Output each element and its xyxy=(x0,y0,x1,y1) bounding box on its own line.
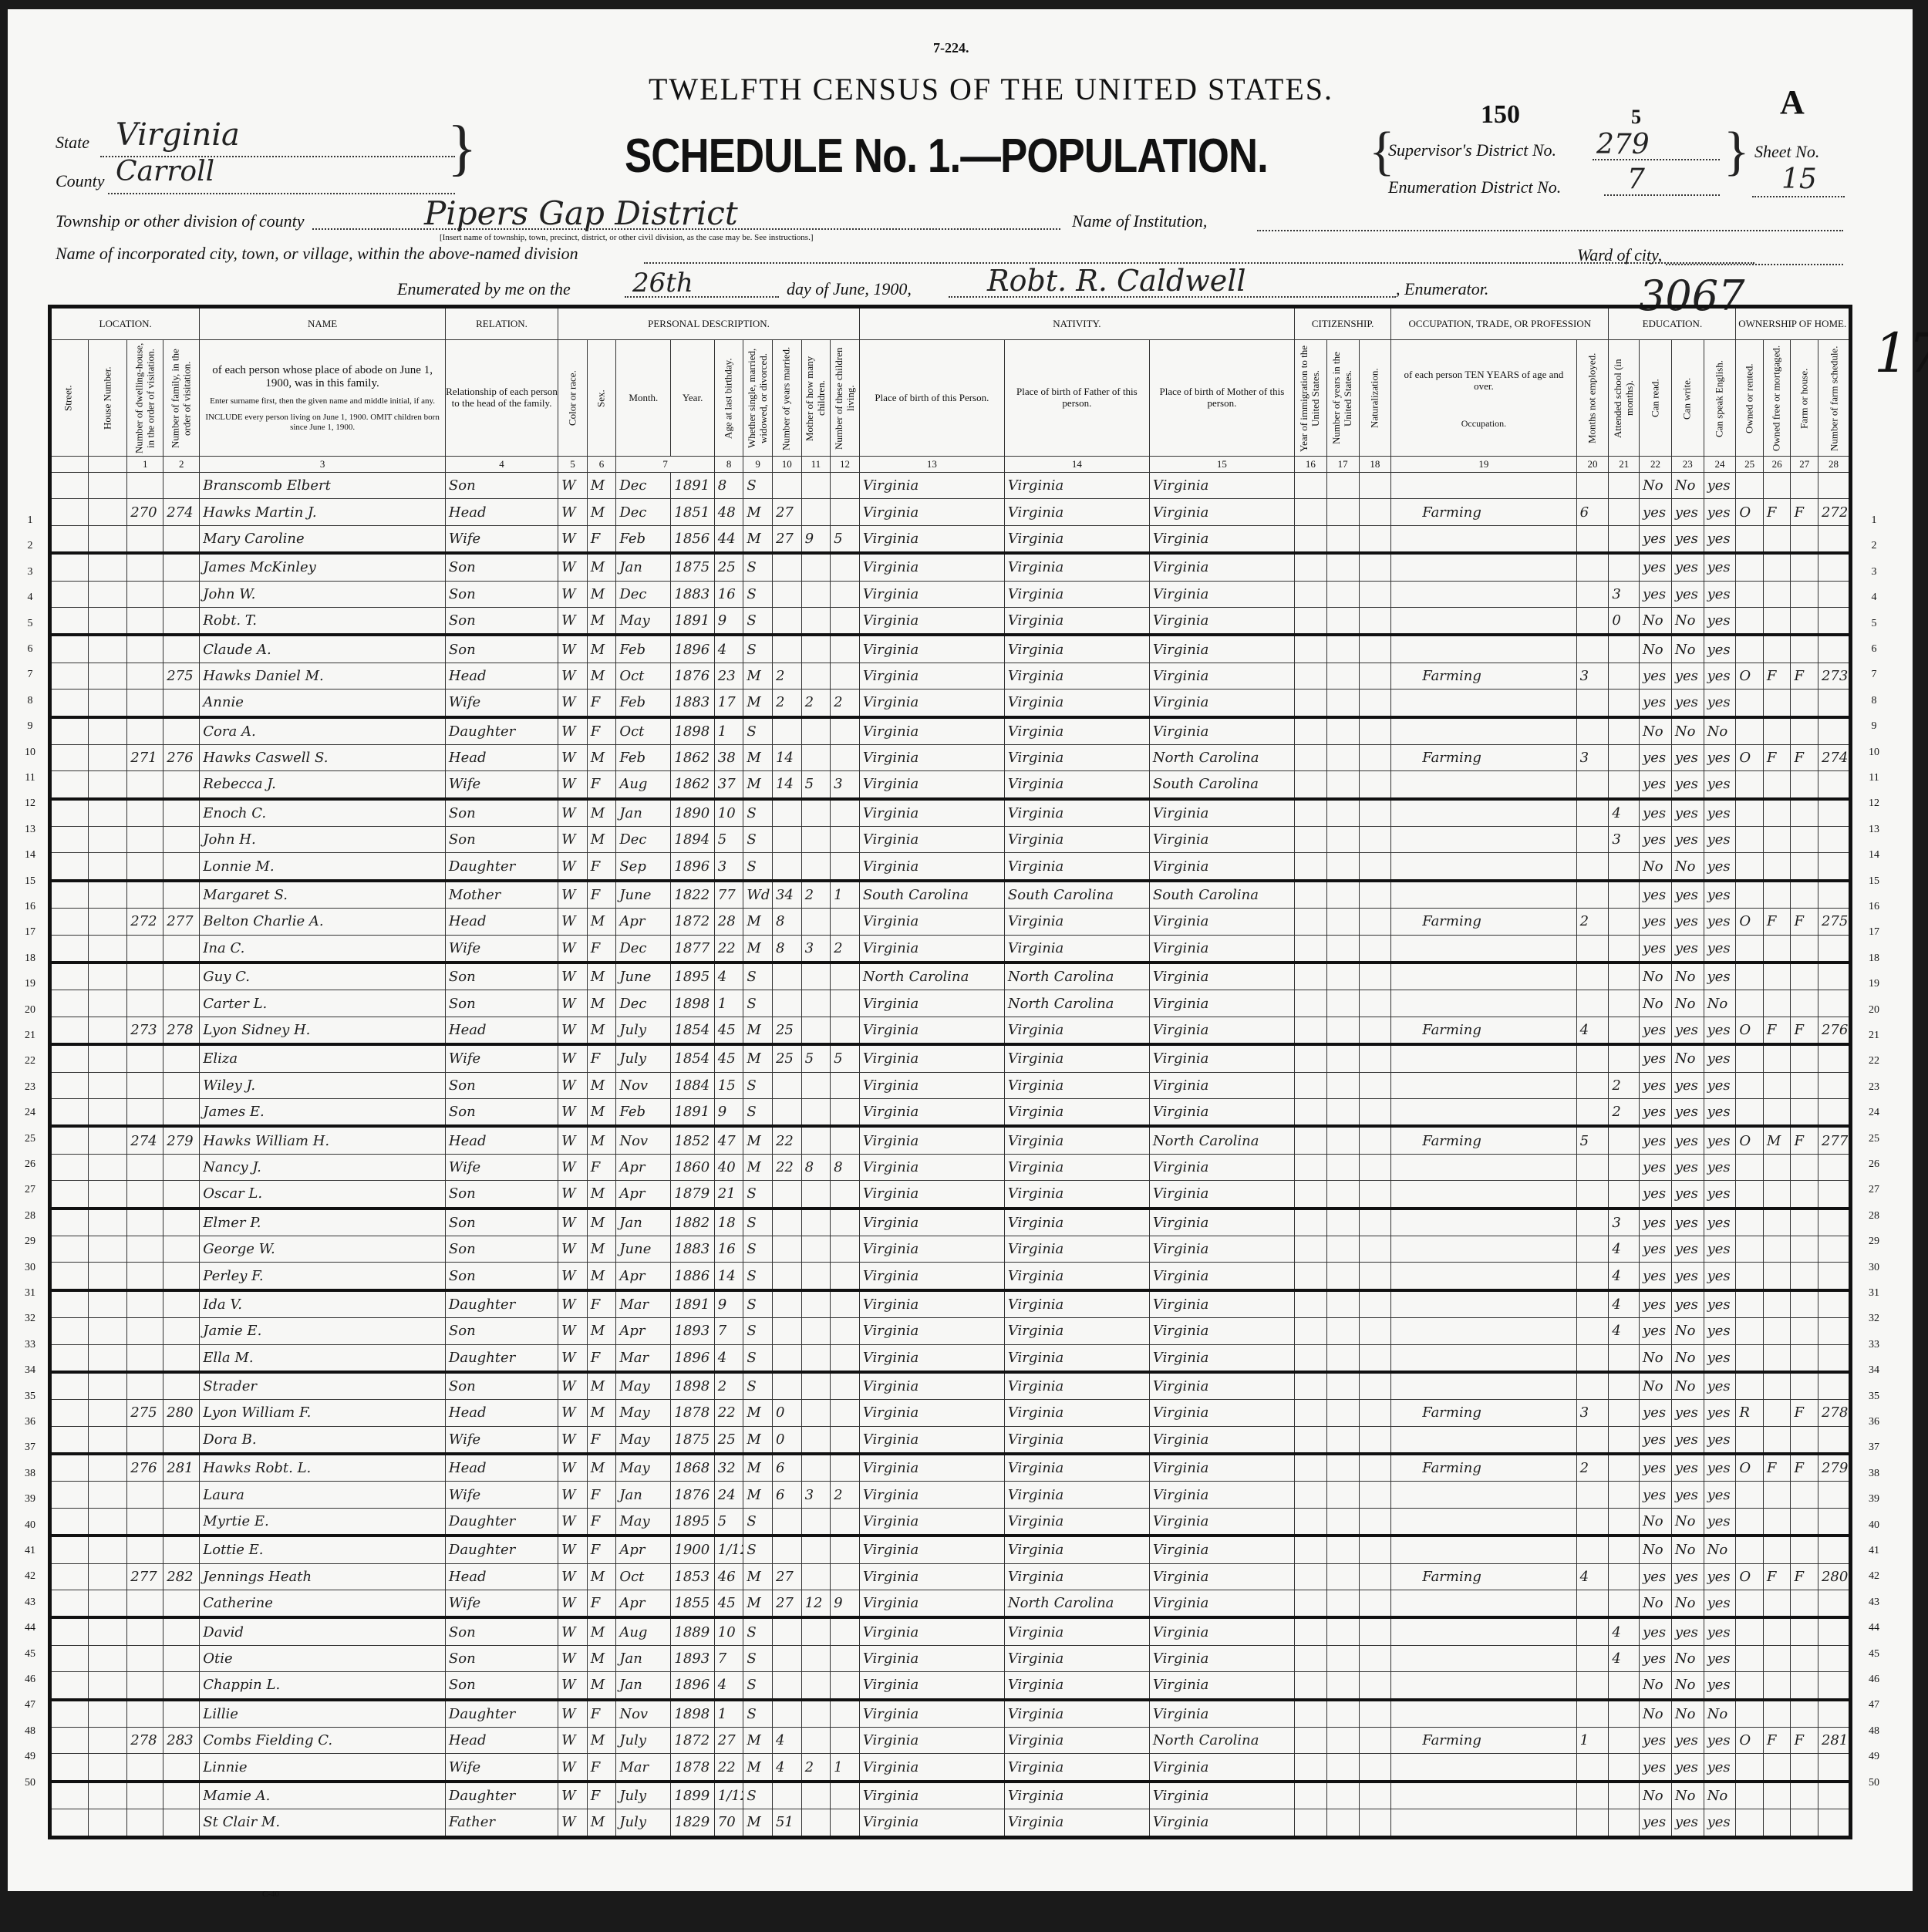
cell-mar: M xyxy=(743,1044,773,1072)
cell-pobm: Virginia xyxy=(1149,1454,1294,1482)
cell-age: 18 xyxy=(714,1209,743,1236)
cell-mar: S xyxy=(743,799,773,827)
cell-unemp xyxy=(1576,1508,1609,1536)
cell-pobm: Virginia xyxy=(1149,909,1294,935)
cell-st xyxy=(50,1098,89,1126)
cell-month: Mar xyxy=(616,1290,671,1318)
cell-liv xyxy=(831,963,860,990)
cell-st xyxy=(50,935,89,963)
cell-yus xyxy=(1326,1154,1359,1180)
cell-ym xyxy=(772,1290,801,1318)
cell-farm xyxy=(1791,827,1818,853)
cell-occ: Farming xyxy=(1391,1727,1576,1753)
cell-hn xyxy=(89,1126,127,1154)
column-number: 19 xyxy=(1391,457,1576,473)
cell-moth xyxy=(801,1263,831,1290)
cell-occ xyxy=(1391,1098,1576,1126)
cell-pobf: Virginia xyxy=(1004,1536,1149,1563)
cell-dw: 270 xyxy=(127,499,163,525)
cell-unemp: 6 xyxy=(1576,499,1609,525)
cell-name: Jamie E. xyxy=(200,1318,446,1344)
cell-nat xyxy=(1359,990,1391,1017)
cell-month: Apr xyxy=(616,1154,671,1180)
table-row: Chappin L.SonWMJan18964SVirginiaVirginia… xyxy=(50,1672,1851,1700)
cell-own xyxy=(1736,473,1764,499)
cell-pobm: Virginia xyxy=(1149,1482,1294,1508)
cell-free xyxy=(1763,1400,1791,1426)
cell-ym: 25 xyxy=(772,1044,801,1072)
cell-sex: F xyxy=(587,717,616,745)
cell-write: yes xyxy=(1671,1426,1704,1454)
cell-moth xyxy=(801,1563,831,1590)
cell-eng: No xyxy=(1704,717,1736,745)
table-row: Dora B.WifeWFMay187525M0VirginiaVirginia… xyxy=(50,1426,1851,1454)
cell-moth xyxy=(801,581,831,607)
cell-read: No xyxy=(1640,1590,1672,1618)
cell-occ xyxy=(1391,1209,1576,1236)
cell-own xyxy=(1736,1617,1764,1645)
cell-sched xyxy=(1818,1181,1850,1209)
cell-year: 1882 xyxy=(671,1209,714,1236)
cell-age: 1 xyxy=(714,990,743,1017)
cell-name: Wiley J. xyxy=(200,1072,446,1098)
cell-pobf: Virginia xyxy=(1004,1126,1149,1154)
cell-write: No xyxy=(1671,1372,1704,1400)
cell-farm xyxy=(1791,581,1818,607)
cell-year: 1875 xyxy=(671,553,714,581)
cell-free xyxy=(1763,1098,1791,1126)
cell-year: 1883 xyxy=(671,1236,714,1262)
cell-rel: Daughter xyxy=(445,1536,558,1563)
cell-unemp xyxy=(1576,1181,1609,1209)
cell-liv xyxy=(831,1563,860,1590)
cell-age: 45 xyxy=(714,1590,743,1618)
cell-write: yes xyxy=(1671,935,1704,963)
line-number-left: 46 xyxy=(19,1674,42,1686)
cell-unemp xyxy=(1576,1098,1609,1126)
cell-sch xyxy=(1609,690,1640,717)
cell-age: 77 xyxy=(714,881,743,909)
cell-sched xyxy=(1818,1617,1850,1645)
stamp-letter: A xyxy=(1780,83,1805,122)
cell-sched: 276 xyxy=(1818,1017,1850,1044)
cell-fam xyxy=(163,990,200,1017)
cell-name: Rebecca J. xyxy=(200,771,446,799)
cell-sex: F xyxy=(587,1044,616,1072)
line-number-left: 20 xyxy=(19,1004,42,1017)
line-number-left: 41 xyxy=(19,1545,42,1557)
line-number-right: 17 xyxy=(1859,926,1889,939)
cell-occ xyxy=(1391,963,1576,990)
cell-sched xyxy=(1818,1236,1850,1262)
cell-name: Mamie A. xyxy=(200,1782,446,1809)
cell-occ xyxy=(1391,1263,1576,1290)
cell-unemp xyxy=(1576,799,1609,827)
cell-sex: F xyxy=(587,1290,616,1318)
cell-yus xyxy=(1326,1400,1359,1426)
cell-dw xyxy=(127,990,163,1017)
cell-moth: 5 xyxy=(801,1044,831,1072)
cell-sch xyxy=(1609,717,1640,745)
cell-st xyxy=(50,1372,89,1400)
line-number-left: 8 xyxy=(19,695,42,707)
cell-pobm: Virginia xyxy=(1149,1590,1294,1618)
cell-occ xyxy=(1391,1318,1576,1344)
cell-year: 1855 xyxy=(671,1590,714,1618)
cell-nat xyxy=(1359,581,1391,607)
table-row: 278283Combs Fielding C.HeadWMJuly187227M… xyxy=(50,1727,1851,1753)
cell-st xyxy=(50,1236,89,1262)
cell-eng: yes xyxy=(1704,1400,1736,1426)
cell-dw xyxy=(127,963,163,990)
cell-sch xyxy=(1609,1482,1640,1508)
cell-pobm: Virginia xyxy=(1149,635,1294,663)
cell-dw xyxy=(127,1426,163,1454)
cell-mar: M xyxy=(743,744,773,770)
cell-pobm: Virginia xyxy=(1149,1400,1294,1426)
cell-sex: F xyxy=(587,1700,616,1728)
sheet-line xyxy=(1752,196,1845,197)
cell-name: Guy C. xyxy=(200,963,446,990)
cell-sex: F xyxy=(587,1426,616,1454)
cell-moth xyxy=(801,1236,831,1262)
cell-own xyxy=(1736,1372,1764,1400)
table-row: LauraWifeWFJan187624M632VirginiaVirginia… xyxy=(50,1482,1851,1508)
cell-eng: yes xyxy=(1704,1372,1736,1400)
cell-mar: S xyxy=(743,853,773,881)
cell-eng: yes xyxy=(1704,1563,1736,1590)
cell-write: yes xyxy=(1671,1126,1704,1154)
line-number-left: 7 xyxy=(19,669,42,681)
cell-fam xyxy=(163,607,200,635)
cell-liv xyxy=(831,473,860,499)
cell-write: No xyxy=(1671,1590,1704,1618)
cell-name: Jennings Heath xyxy=(200,1563,446,1590)
cell-yus xyxy=(1326,1044,1359,1072)
cell-liv xyxy=(831,1372,860,1400)
line-number-right: 44 xyxy=(1859,1622,1889,1634)
cell-ym xyxy=(772,1072,801,1098)
cell-month: Feb xyxy=(616,1098,671,1126)
cell-dw xyxy=(127,525,163,553)
cell-dw: 273 xyxy=(127,1017,163,1044)
cell-own: O xyxy=(1736,499,1764,525)
cell-dw xyxy=(127,771,163,799)
cell-year: 1878 xyxy=(671,1400,714,1426)
cell-pobm: Virginia xyxy=(1149,1181,1294,1209)
cell-dw xyxy=(127,1209,163,1236)
cell-month: Jan xyxy=(616,1672,671,1700)
cell-mar: M xyxy=(743,499,773,525)
cell-free xyxy=(1763,799,1791,827)
cell-unemp xyxy=(1576,935,1609,963)
cell-read: yes xyxy=(1640,1126,1672,1154)
cell-unemp xyxy=(1576,717,1609,745)
cell-st xyxy=(50,717,89,745)
cell-imm xyxy=(1294,1126,1326,1154)
cell-age: 5 xyxy=(714,1508,743,1536)
cell-imm xyxy=(1294,1400,1326,1426)
cell-fam: 277 xyxy=(163,909,200,935)
cell-write: yes xyxy=(1671,1617,1704,1645)
cell-age: 14 xyxy=(714,1263,743,1290)
cell-ym xyxy=(772,799,801,827)
cell-rel: Son xyxy=(445,1318,558,1344)
cell-farm xyxy=(1791,963,1818,990)
cell-imm xyxy=(1294,1536,1326,1563)
cell-nat xyxy=(1359,935,1391,963)
county-label: County xyxy=(56,171,105,191)
line-number-left: 34 xyxy=(19,1364,42,1377)
table-row: OtieSonWMJan18937SVirginiaVirginiaVirgin… xyxy=(50,1645,1851,1671)
cell-rel: Father xyxy=(445,1809,558,1837)
cell-color: W xyxy=(558,1727,588,1753)
cell-name: Lyon William F. xyxy=(200,1400,446,1426)
cell-name: Ida V. xyxy=(200,1290,446,1318)
col-months-unemployed: Months not employed. xyxy=(1576,340,1609,457)
cell-write: yes xyxy=(1671,1154,1704,1180)
cell-sch xyxy=(1609,771,1640,799)
cell-read: yes xyxy=(1640,1482,1672,1508)
cell-age: 17 xyxy=(714,690,743,717)
cell-mar: M xyxy=(743,525,773,553)
cell-sex: F xyxy=(587,690,616,717)
cell-liv xyxy=(831,1126,860,1154)
cell-moth xyxy=(801,663,831,689)
line-number-left: 43 xyxy=(19,1597,42,1609)
cell-moth xyxy=(801,717,831,745)
cell-pobm: Virginia xyxy=(1149,1044,1294,1072)
line-number-right: 27 xyxy=(1859,1184,1889,1196)
cell-liv xyxy=(831,1344,860,1372)
cell-month: June xyxy=(616,963,671,990)
cell-hn xyxy=(89,909,127,935)
cell-st xyxy=(50,1318,89,1344)
line-number-right: 18 xyxy=(1859,953,1889,965)
cell-farm: F xyxy=(1791,1126,1818,1154)
cell-st xyxy=(50,1590,89,1618)
cell-sex: M xyxy=(587,1809,616,1837)
cell-read: No xyxy=(1640,963,1672,990)
cell-write: No xyxy=(1671,1645,1704,1671)
cell-color: W xyxy=(558,1318,588,1344)
table-row: St Clair M.FatherWMJuly182970M51Virginia… xyxy=(50,1809,1851,1837)
cell-sched xyxy=(1818,635,1850,663)
cell-fam xyxy=(163,635,200,663)
cell-read: yes xyxy=(1640,1318,1672,1344)
cell-write: yes xyxy=(1671,1482,1704,1508)
cell-pob: Virginia xyxy=(859,635,1004,663)
cell-yus xyxy=(1326,499,1359,525)
group-nativity: NATIVITY. xyxy=(859,307,1294,340)
cell-write: yes xyxy=(1671,1209,1704,1236)
cell-name: Eliza xyxy=(200,1044,446,1072)
cell-imm xyxy=(1294,1098,1326,1126)
cell-occ xyxy=(1391,1236,1576,1262)
cell-nat xyxy=(1359,1072,1391,1098)
table-row: Lonnie M.DaughterWFSep18963SVirginiaVirg… xyxy=(50,853,1851,881)
cell-pobm: Virginia xyxy=(1149,963,1294,990)
cell-liv xyxy=(831,1318,860,1344)
cell-year: 1854 xyxy=(671,1044,714,1072)
cell-fam xyxy=(163,1672,200,1700)
col-pob-father: Place of birth of Father of this person. xyxy=(1004,340,1149,457)
cell-occ: Farming xyxy=(1391,744,1576,770)
cell-moth xyxy=(801,1181,831,1209)
line-number-right: 15 xyxy=(1859,875,1889,888)
cell-hn xyxy=(89,935,127,963)
line-number-right: 12 xyxy=(1859,797,1889,810)
cell-year: 1891 xyxy=(671,1290,714,1318)
cell-hn xyxy=(89,473,127,499)
cell-year: 1893 xyxy=(671,1318,714,1344)
cell-hn xyxy=(89,1809,127,1837)
cell-yus xyxy=(1326,473,1359,499)
cell-nat xyxy=(1359,1290,1391,1318)
sheet-label: Sheet No. xyxy=(1754,142,1819,162)
cell-moth xyxy=(801,744,831,770)
cell-occ xyxy=(1391,525,1576,553)
cell-mar: S xyxy=(743,990,773,1017)
line-number-left: 27 xyxy=(19,1184,42,1196)
cell-farm: F xyxy=(1791,1727,1818,1753)
cell-year: 1891 xyxy=(671,607,714,635)
cell-mar: S xyxy=(743,1236,773,1262)
table-row: CatherineWifeWFApr185545M27129VirginiaNo… xyxy=(50,1590,1851,1618)
cell-month: Jan xyxy=(616,1645,671,1671)
cell-year: 1872 xyxy=(671,909,714,935)
cell-read: yes xyxy=(1640,1754,1672,1782)
cell-name: Perley F. xyxy=(200,1263,446,1290)
cell-farm: F xyxy=(1791,744,1818,770)
cell-dw: 271 xyxy=(127,744,163,770)
cell-occ xyxy=(1391,1044,1576,1072)
cell-yus xyxy=(1326,553,1359,581)
cell-name: Hawks Martin J. xyxy=(200,499,446,525)
cell-occ xyxy=(1391,1590,1576,1618)
table-row: LinnieWifeWFMar187822M421VirginiaVirgini… xyxy=(50,1754,1851,1782)
cell-color: W xyxy=(558,799,588,827)
cell-liv: 2 xyxy=(831,1482,860,1508)
cell-month: Dec xyxy=(616,990,671,1017)
cell-pob: Virginia xyxy=(859,990,1004,1017)
cell-read: No xyxy=(1640,1344,1672,1372)
cell-mar: S xyxy=(743,1209,773,1236)
line-number-right: 21 xyxy=(1859,1030,1889,1042)
cell-pobm: Virginia xyxy=(1149,1017,1294,1044)
cell-pob: Virginia xyxy=(859,717,1004,745)
stamp-number-middle: 5 xyxy=(1631,106,1641,129)
cell-pob: Virginia xyxy=(859,1782,1004,1809)
cell-moth xyxy=(801,1400,831,1426)
cell-month: Oct xyxy=(616,663,671,689)
cell-sch xyxy=(1609,1344,1640,1372)
cell-imm xyxy=(1294,963,1326,990)
cell-month: Jan xyxy=(616,1209,671,1236)
cell-fam xyxy=(163,1154,200,1180)
cell-write: yes xyxy=(1671,1809,1704,1837)
cell-unemp: 5 xyxy=(1576,1126,1609,1154)
cell-eng: yes xyxy=(1704,1181,1736,1209)
cell-liv xyxy=(831,1098,860,1126)
cell-st xyxy=(50,635,89,663)
cell-free xyxy=(1763,1044,1791,1072)
cell-moth: 3 xyxy=(801,935,831,963)
cell-unemp: 4 xyxy=(1576,1017,1609,1044)
col-write: Can write. xyxy=(1671,340,1704,457)
cell-unemp: 3 xyxy=(1576,663,1609,689)
cell-imm xyxy=(1294,1181,1326,1209)
cell-sched xyxy=(1818,827,1850,853)
line-number-left: 38 xyxy=(19,1468,42,1480)
cell-unemp xyxy=(1576,1318,1609,1344)
cell-ym xyxy=(772,1645,801,1671)
cell-imm xyxy=(1294,827,1326,853)
cell-unemp xyxy=(1576,1072,1609,1098)
line-number-right: 45 xyxy=(1859,1648,1889,1661)
cell-rel: Wife xyxy=(445,1044,558,1072)
county-line xyxy=(108,193,455,194)
cell-occ xyxy=(1391,1482,1576,1508)
cell-sch xyxy=(1609,1017,1640,1044)
cell-nat xyxy=(1359,635,1391,663)
cell-yus xyxy=(1326,935,1359,963)
cell-liv xyxy=(831,1454,860,1482)
cell-write: No xyxy=(1671,717,1704,745)
cell-year: 1872 xyxy=(671,1727,714,1753)
column-number: 25 xyxy=(1736,457,1764,473)
cell-pob: Virginia xyxy=(859,1044,1004,1072)
cell-rel: Daughter xyxy=(445,1290,558,1318)
cell-ym xyxy=(772,1098,801,1126)
cell-pobf: Virginia xyxy=(1004,1782,1149,1809)
cell-rel: Son xyxy=(445,635,558,663)
cell-sex: F xyxy=(587,771,616,799)
cell-yus xyxy=(1326,990,1359,1017)
cell-hn xyxy=(89,799,127,827)
col-mother-of: Mother of how many children. xyxy=(801,340,831,457)
cell-free xyxy=(1763,553,1791,581)
cell-eng: yes xyxy=(1704,473,1736,499)
cell-pob: Virginia xyxy=(859,499,1004,525)
cell-ym: 0 xyxy=(772,1426,801,1454)
cell-month: Feb xyxy=(616,744,671,770)
cell-farm: F xyxy=(1791,1400,1818,1426)
cell-age: 25 xyxy=(714,1426,743,1454)
cell-nat xyxy=(1359,1590,1391,1618)
cell-ym: 14 xyxy=(772,771,801,799)
cell-pobf: Virginia xyxy=(1004,1017,1149,1044)
cell-yus xyxy=(1326,663,1359,689)
cell-liv xyxy=(831,827,860,853)
cell-mar: S xyxy=(743,553,773,581)
cell-rel: Son xyxy=(445,1209,558,1236)
cell-dw xyxy=(127,935,163,963)
cell-own xyxy=(1736,1782,1764,1809)
cell-free xyxy=(1763,1181,1791,1209)
cell-fam xyxy=(163,799,200,827)
cell-write: yes xyxy=(1671,1400,1704,1426)
cell-occ: Farming xyxy=(1391,1017,1576,1044)
cell-free xyxy=(1763,1754,1791,1782)
table-row: Mamie A.DaughterWFJuly18991/12SVirginiaV… xyxy=(50,1782,1851,1809)
cell-pobm: North Carolina xyxy=(1149,1727,1294,1753)
cell-write: yes xyxy=(1671,1454,1704,1482)
cell-ym xyxy=(772,1672,801,1700)
cell-nat xyxy=(1359,881,1391,909)
cell-write: No xyxy=(1671,1782,1704,1809)
cell-occ xyxy=(1391,581,1576,607)
